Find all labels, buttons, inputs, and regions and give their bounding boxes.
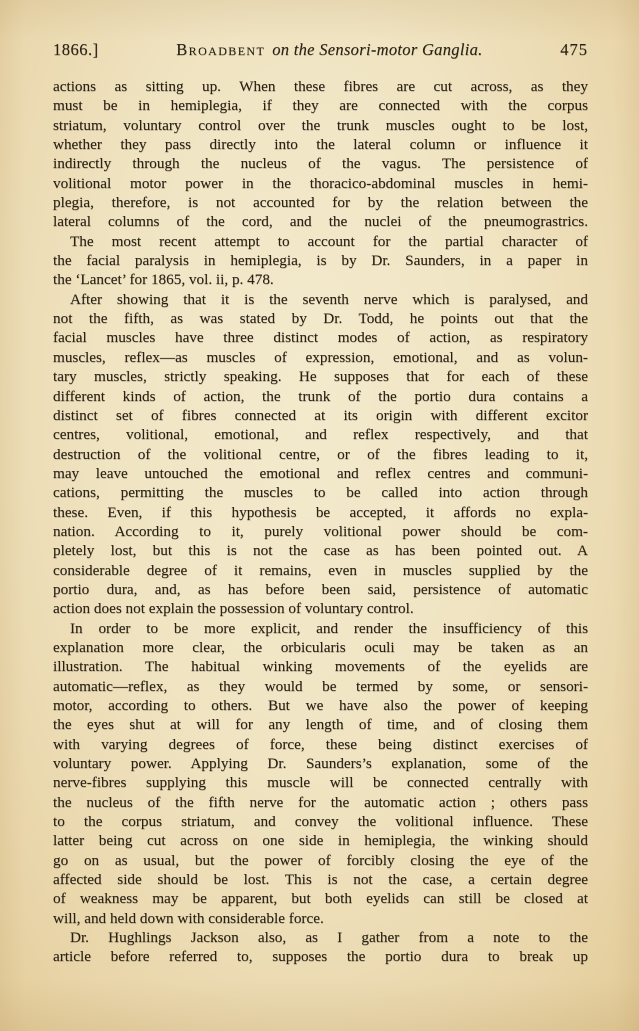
header-year: 1866.] [53, 40, 99, 60]
text-line: with varying degrees of force, these bei… [53, 735, 588, 754]
paragraph: actions as sitting up. When these fibres… [53, 77, 588, 232]
text-line: indirectly through the nucleus of the va… [53, 154, 588, 173]
header-article-title: on the Sensori-motor Ganglia. [272, 40, 482, 59]
text-line: latter being cut across on one side in h… [53, 831, 588, 850]
text-line: pletely lost, but this is not the case a… [53, 541, 588, 560]
text-line: different kinds of action, the trunk of … [53, 387, 588, 406]
text-line: motor, according to others. But we have … [53, 696, 588, 715]
text-line: these. Even, if this hypothesis be accep… [53, 503, 588, 522]
text-line: whether they pass directly into the late… [53, 135, 588, 154]
text-line: cations, permitting the muscles to be ca… [53, 483, 588, 502]
text-line: centres, volitional, emotional, and refl… [53, 425, 588, 444]
running-header: 1866.] Broadbenton the Sensori-motor Gan… [53, 40, 588, 60]
text-line: After showing that it is the seventh ner… [53, 290, 588, 309]
text-line: the nucleus of the fifth nerve for the a… [53, 793, 588, 812]
page-body: actions as sitting up. When these fibres… [53, 77, 588, 967]
text-line: actions as sitting up. When these fibres… [53, 77, 588, 96]
paragraph: In order to be more explicit, and render… [53, 619, 588, 929]
header-title: Broadbenton the Sensori-motor Ganglia. [99, 40, 561, 60]
text-line: the eyes shut at will for any length of … [53, 715, 588, 734]
text-line: automatic—reflex, as they would be terme… [53, 677, 588, 696]
text-line: striatum, voluntary control over the tru… [53, 116, 588, 135]
text-line: considerable degree of it remains, even … [53, 561, 588, 580]
text-line: the facial paralysis in hemiplegia, is b… [53, 251, 588, 270]
text-line: illustration. The habitual winking movem… [53, 657, 588, 676]
text-line: In order to be more explicit, and render… [53, 619, 588, 638]
paragraph: Dr. Hughlings Jackson also, as I gather … [53, 928, 588, 967]
header-author: Broadbent [176, 40, 265, 59]
text-line: portio dura, and, as has before been sai… [53, 580, 588, 599]
text-line: of weakness may be apparent, but both ey… [53, 889, 588, 908]
text-line: destruction of the volitional centre, or… [53, 445, 588, 464]
text-line: nerve-fibres supplying this muscle will … [53, 773, 588, 792]
text-block: 1866.] Broadbenton the Sensori-motor Gan… [53, 40, 588, 967]
text-line: voluntary power. Applying Dr. Saunders’s… [53, 754, 588, 773]
paragraph: After showing that it is the seventh ner… [53, 290, 588, 619]
header-page-number: 475 [560, 40, 588, 60]
text-line: Dr. Hughlings Jackson also, as I gather … [53, 928, 588, 947]
text-line: facial muscles have three distinct modes… [53, 328, 588, 347]
text-line: not the fifth, as was stated by Dr. Todd… [53, 309, 588, 328]
text-line: The most recent attempt to account for t… [53, 232, 588, 251]
text-line: affected side should be lost. This is no… [53, 870, 588, 889]
text-line: nation. According to it, purely volition… [53, 522, 588, 541]
text-line: plegia, therefore, is not accounted for … [53, 193, 588, 212]
text-line: lateral columns of the cord, and the nuc… [53, 212, 588, 231]
page-scan: 1866.] Broadbenton the Sensori-motor Gan… [0, 0, 639, 1031]
text-line: article before referred to, supposes the… [53, 947, 588, 966]
text-line: will, and held down with considerable fo… [53, 909, 588, 928]
text-line: go on as usual, but the power of forcibl… [53, 851, 588, 870]
text-line: may leave untouched the emotional and re… [53, 464, 588, 483]
text-line: action does not explain the possession o… [53, 599, 588, 618]
text-line: muscles, reflex—as muscles of expression… [53, 348, 588, 367]
paragraph: The most recent attempt to account for t… [53, 232, 588, 290]
text-line: the ‘Lancet’ for 1865, vol. ii, p. 478. [53, 270, 588, 289]
text-line: must be in hemiplegia, if they are conne… [53, 96, 588, 115]
text-line: volitional motor power in the thoracico-… [53, 174, 588, 193]
text-line: explanation more clear, the orbicularis … [53, 638, 588, 657]
text-line: to the corpus striatum, and convey the v… [53, 812, 588, 831]
text-line: tary muscles, strictly speaking. He supp… [53, 367, 588, 386]
text-line: distinct set of fibres connected at its … [53, 406, 588, 425]
